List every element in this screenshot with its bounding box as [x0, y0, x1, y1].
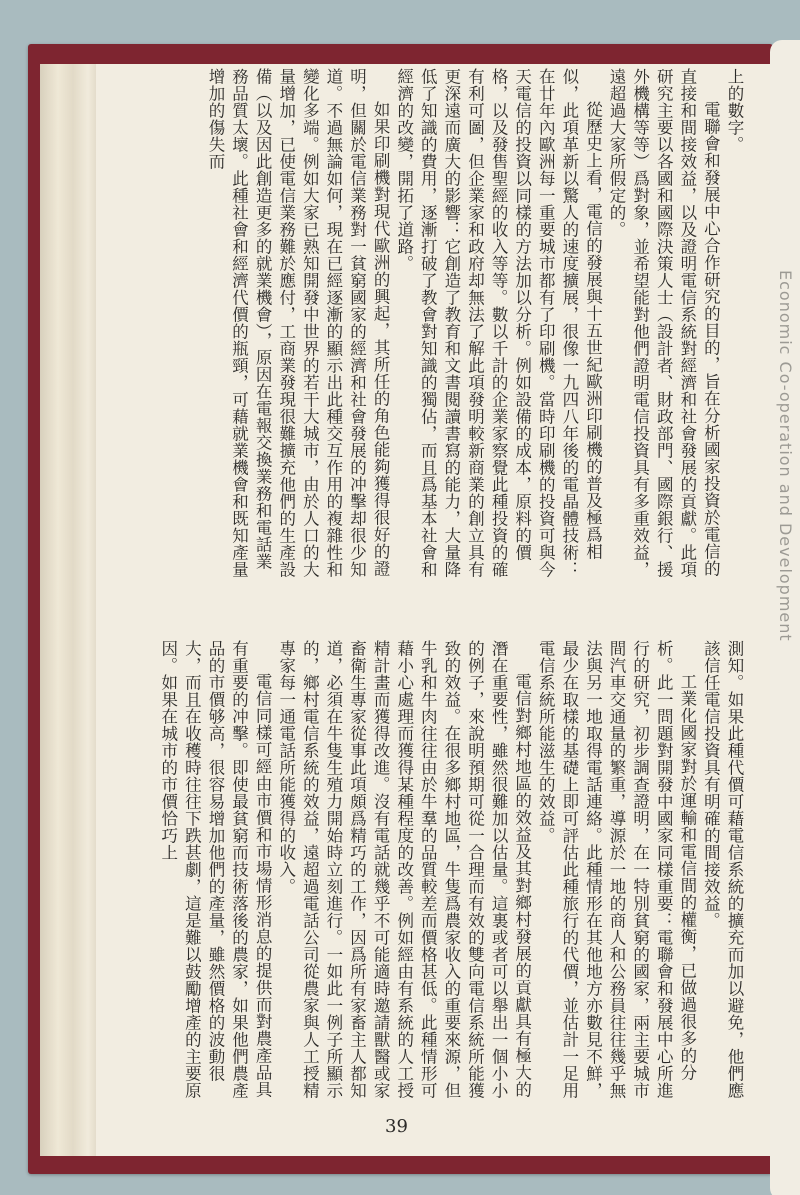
- text-block-bottom: 測知。如果此種代價可藉電信系統的擴充而加以避免，他們應該信任電信投資具有明確的間…: [160, 640, 746, 1110]
- paragraph: 電聯會和發展中心合作研究的目的，旨在分析國家投資於電信的直接和間接效益，以及證明…: [604, 68, 722, 578]
- paragraph: 如果印刷機對現代歐洲的興起，其所任的角色能夠獲得很好的證明，但關於電信業務對一貧…: [203, 68, 392, 578]
- page-number: 39: [385, 1116, 408, 1137]
- paragraph: 電信同樣可經由市價和市場情形消息的提供而對農產品具有重要的冲擊。即使最貧窮而技術…: [156, 640, 274, 1110]
- page-edges: [40, 64, 100, 1156]
- text-block-top: 上的數字。 電聯會和發展中心合作研究的目的，旨在分析國家投資於電信的直接和間接效…: [160, 68, 746, 578]
- paragraph: 測知。如果此種代價可藉電信系統的擴充而加以避免，他們應該信任電信投資具有明確的間…: [699, 640, 746, 1110]
- facing-page-text: Economic Co-operation and Development: [776, 270, 795, 642]
- paragraph: 從歷史上看，電信的發展與十五世紀歐洲印刷機的普及極爲相似，此項革新以驚人的速度擴…: [392, 68, 604, 578]
- paragraph: 工業化國家對於運輸和電信間的權衡，已做過很多的分析。此一問題對開發中國家同樣重要…: [534, 640, 699, 1110]
- paragraph: 上的數字。: [722, 68, 746, 578]
- paragraph: 電信對鄉村地區的效益及其對鄉村發展的貢獻具有極大的潛在重要性，雖然很難加以估量。…: [274, 640, 534, 1110]
